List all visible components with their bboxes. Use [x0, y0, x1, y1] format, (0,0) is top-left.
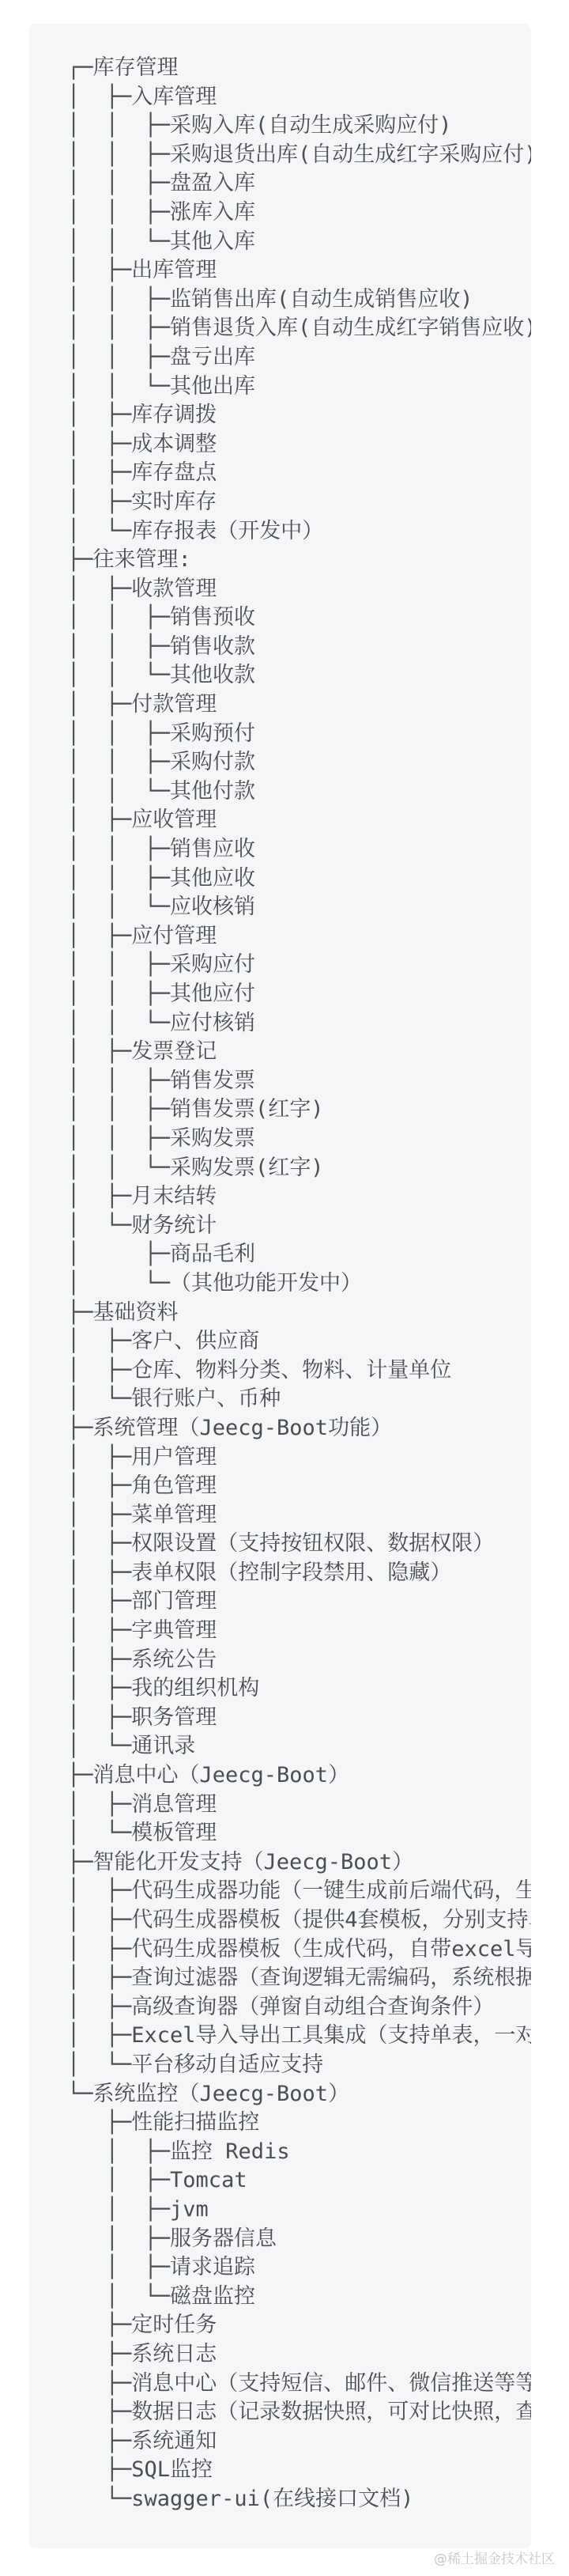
tree-line: │ │ ├─盘盈入库: [67, 169, 531, 199]
tree-line: │ │ ├─销售发票: [67, 1067, 531, 1096]
juejin-watermark: @稀土掘金技术社区: [434, 2550, 555, 2569]
tree-line: ┌─库存管理: [67, 54, 531, 83]
tree-line: │ ├─Excel导入导出工具集成（支持单表，一对多导入导出）: [67, 2022, 531, 2051]
tree-line: │ │ ├─销售预收: [67, 603, 531, 633]
tree-line: │ │ └─应收核销: [67, 893, 531, 922]
tree-line: ├─性能扫描监控: [67, 2109, 531, 2138]
tree-line: │ ├─成本调整: [67, 430, 531, 460]
tree-line: │ ├─权限设置（支持按钮权限、数据权限）: [67, 1530, 531, 1559]
tree-line: │ │ └─其他付款: [67, 777, 531, 807]
tree-line: │ ├─职务管理: [67, 1704, 531, 1733]
tree-line: │ ├─用户管理: [67, 1443, 531, 1473]
tree-line: │ │ ├─其他应付: [67, 980, 531, 1009]
tree-line: │ ├─月末结转: [67, 1182, 531, 1212]
article-page: ┌─库存管理│ ├─入库管理│ │ ├─采购入库(自动生成采购应付)│ │ ├─…: [0, 0, 569, 2576]
tree-line: │ │ └─采购发票(红字): [67, 1154, 531, 1183]
tree-line: │ ├─监控 Redis: [67, 2138, 531, 2167]
tree-line: │ ├─代码生成器模板（生成代码，自带excel导入导出）: [67, 1935, 531, 1965]
tree-line: ├─消息中心（支持短信、邮件、微信推送等等）: [67, 2370, 531, 2399]
tree-line: │ ├─入库管理: [67, 83, 531, 112]
tree-line: │ │ ├─采购应付: [67, 951, 531, 980]
tree-line: │ │ ├─盘亏出库: [67, 343, 531, 373]
tree-line: ├─定时任务: [67, 2311, 531, 2340]
tree-line: │ ├─代码生成器功能（一键生成前后端代码，生成后无需修改直接用，绝对是后端开发…: [67, 1877, 531, 1906]
tree-line: │ ├─代码生成器模板（提供4套模板，分别支持单表和一对多模型）: [67, 1906, 531, 1935]
tree-line: ├─系统日志: [67, 2340, 531, 2370]
tree-line: ├─系统管理（Jeecg-Boot功能）: [67, 1414, 531, 1443]
tree-line: │ ├─查询过滤器（查询逻辑无需编码，系统根据页面配置自动生成）: [67, 1964, 531, 1993]
tree-line: │ │ └─应付核销: [67, 1009, 531, 1038]
tree-line: │ │ └─其他出库: [67, 373, 531, 402]
tree-line: │ │ ├─采购入库(自动生成采购应付): [67, 112, 531, 141]
tree-line: │ ├─高级查询器（弹窗自动组合查询条件）: [67, 1993, 531, 2022]
tree-line: │ │ ├─销售收款: [67, 633, 531, 662]
tree-line: │ ├─请求追踪: [67, 2253, 531, 2283]
tree-line: │ ├─菜单管理: [67, 1501, 531, 1530]
tree-line: │ │ ├─采购发票: [67, 1125, 531, 1154]
tree-line: │ │ ├─其他应收: [67, 864, 531, 894]
tree-line: │ ├─出库管理: [67, 256, 531, 286]
tree-line: │ └─银行账户、币种: [67, 1385, 531, 1414]
tree-line: │ └─磁盘监控: [67, 2283, 531, 2312]
tree-line: │ ├─服务器信息: [67, 2225, 531, 2254]
tree-line: │ │ ├─销售应收: [67, 835, 531, 864]
tree-line: └─系统监控（Jeecg-Boot）: [67, 2080, 531, 2109]
tree-line: ├─基础资料: [67, 1299, 531, 1328]
tree-line: ├─系统通知: [67, 2427, 531, 2457]
tree-line: │ ├─应收管理: [67, 806, 531, 835]
tree-line: │ ├─付款管理: [67, 690, 531, 720]
tree-line: │ ├─商品毛利: [67, 1240, 531, 1269]
tree-line: │ ├─应付管理: [67, 922, 531, 951]
tree-line: │ ├─库存调拨: [67, 401, 531, 430]
tree-line: │ │ ├─销售发票(红字): [67, 1095, 531, 1125]
tree-line: │ │ ├─采购预付: [67, 720, 531, 749]
code-block: ┌─库存管理│ ├─入库管理│ │ ├─采购入库(自动生成采购应付)│ │ ├─…: [29, 24, 531, 2548]
tree-line: │ │ ├─采购付款: [67, 748, 531, 777]
tree-line: │ ├─Tomcat: [67, 2166, 531, 2196]
tree-line: └─swagger-ui(在线接口文档): [67, 2485, 531, 2514]
feature-tree: ┌─库存管理│ ├─入库管理│ │ ├─采购入库(自动生成采购应付)│ │ ├─…: [67, 54, 531, 2514]
tree-line: ├─SQL监控: [67, 2456, 531, 2485]
tree-line: │ └─通讯录: [67, 1732, 531, 1761]
tree-line: │ ├─实时库存: [67, 488, 531, 517]
tree-line: │ │ ├─监销售出库(自动生成销售应收): [67, 286, 531, 315]
tree-line: │ ├─表单权限（控制字段禁用、隐藏）: [67, 1559, 531, 1588]
tree-line: │ └─模板管理: [67, 1819, 531, 1848]
tree-line: ├─数据日志（记录数据快照，可对比快照，查看数据变更情况）: [67, 2398, 531, 2427]
tree-line: │ └─财务统计: [67, 1212, 531, 1241]
tree-line: │ └─平台移动自适应支持: [67, 2051, 531, 2080]
tree-line: │ ├─发票登记: [67, 1038, 531, 1067]
tree-line: │ ├─角色管理: [67, 1472, 531, 1501]
tree-line: │ ├─消息管理: [67, 1791, 531, 1820]
tree-line: ├─消息中心（Jeecg-Boot）: [67, 1761, 531, 1791]
tree-line: │ ├─库存盘点: [67, 459, 531, 488]
tree-line: │ │ └─其他入库: [67, 228, 531, 257]
tree-line: │ └─库存报表（开发中）: [67, 517, 531, 547]
tree-line: │ ├─我的组织机构: [67, 1674, 531, 1704]
tree-line: │ ├─部门管理: [67, 1587, 531, 1617]
tree-line: │ ├─系统公告: [67, 1646, 531, 1675]
tree-line: ├─往来管理:: [67, 546, 531, 575]
tree-line: │ ├─客户、供应商: [67, 1327, 531, 1356]
tree-line: │ │ ├─涨库入库: [67, 199, 531, 228]
tree-line: │ ├─收款管理: [67, 575, 531, 604]
tree-line: │ ├─字典管理: [67, 1617, 531, 1646]
tree-line: │ └─（其他功能开发中）: [67, 1269, 531, 1299]
tree-line: │ ├─仓库、物料分类、物料、计量单位: [67, 1356, 531, 1386]
tree-line: │ │ └─其他收款: [67, 661, 531, 690]
tree-line: │ │ ├─采购退货出库(自动生成红字采购应付): [67, 141, 531, 170]
tree-line: │ │ ├─销售退货入库(自动生成红字销售应收): [67, 314, 531, 343]
tree-line: ├─智能化开发支持（Jeecg-Boot）: [67, 1848, 531, 1878]
tree-line: │ ├─jvm: [67, 2196, 531, 2225]
